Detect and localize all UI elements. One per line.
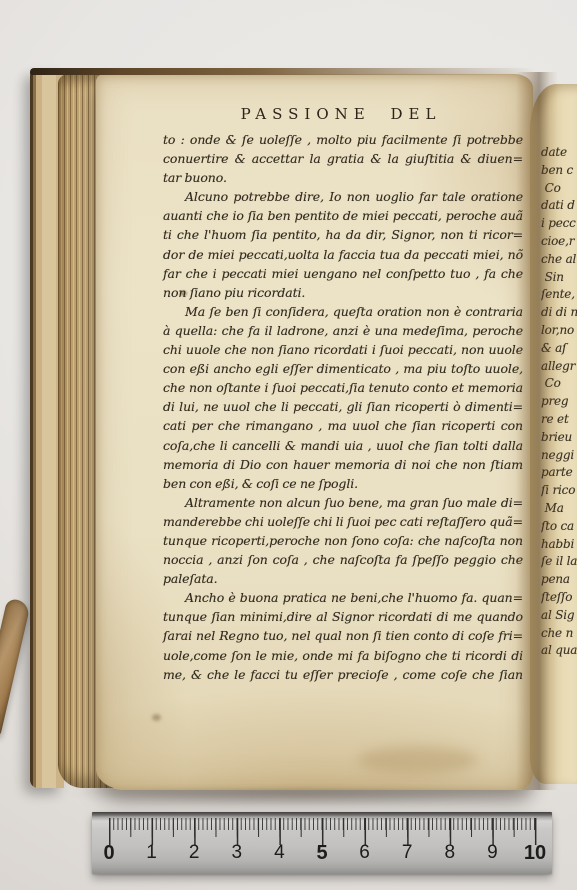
adjacent-text-line: pena — [541, 571, 577, 589]
adjacent-text-line: brieu — [541, 429, 577, 447]
ruler-number: 6 — [359, 842, 370, 864]
adjacent-text-line: ſteſſo — [541, 589, 577, 607]
ruler-number: 7 — [402, 842, 413, 864]
text-line: Alcuno potrebbe dire, Io non uoglio far … — [163, 187, 523, 206]
adjacent-text-line: al Sig — [541, 607, 577, 625]
ruler-number: 1 — [146, 842, 157, 864]
text-line: tar buono. — [163, 168, 523, 187]
ruler-number: 4 — [274, 842, 285, 864]
text-line: con eßi ancho egli eſſer dimenticato , m… — [163, 359, 523, 378]
adjacent-text-line: che n — [541, 625, 577, 643]
page-stain — [152, 714, 161, 721]
ruler-number: 9 — [487, 842, 498, 864]
text-line: me, & che le facci tu eſſer precioſe , c… — [163, 665, 523, 684]
running-header: PASSIONE DEL — [236, 105, 446, 123]
text-line: memoria di Dio con hauer memoria di noi … — [163, 455, 523, 474]
adjacent-text-line: date — [541, 144, 577, 162]
book-top-edge — [30, 68, 535, 75]
text-line: che non oſtante i ſuoi peccati,ſia tenut… — [163, 378, 523, 397]
ruler-number: 0 — [103, 842, 114, 865]
page-text-block: to : onde & ſe uoleſſe , molto piu facil… — [163, 130, 523, 684]
ruler-number: 2 — [189, 842, 200, 864]
adjacent-text-line: dati d — [541, 197, 577, 215]
photo-scene: PASSIONE DEL to : onde & ſe uoleſſe , mo… — [0, 0, 577, 890]
text-line: to : onde & ſe uoleſſe , molto piu facil… — [163, 130, 523, 149]
book: PASSIONE DEL to : onde & ſe uoleſſe , mo… — [30, 68, 577, 792]
adjacent-text-line: ſente, — [541, 286, 577, 304]
ruler-number: 10 — [524, 842, 546, 865]
adjacent-text-line: cioe,r — [541, 233, 577, 251]
adjacent-text-line: che al — [541, 251, 577, 269]
adjacent-text-line: Sin — [541, 269, 577, 287]
text-line: manderebbe chi uoleſſe chi li ſuoi pec c… — [163, 512, 523, 531]
text-line: noccia , anzi ſon coſa , che naſcoſta fa… — [163, 550, 523, 569]
page-stain — [358, 746, 478, 774]
ruler-number: 8 — [445, 842, 456, 864]
text-line: Ma ſe ben ſi conſidera, queſta oration n… — [163, 302, 523, 321]
adjacent-text-line: Co — [541, 375, 577, 393]
text-line: chi uuole che non ſiano ricordati i ſuoi… — [163, 340, 523, 359]
adjacent-page-text: dateben c Codati di pecccioe,rche al Sin… — [541, 144, 577, 660]
text-line: uole,come ſon le mie, onde mi fa biſogno… — [163, 646, 523, 665]
text-line: Altramente non alcun ſuo bene, ma gran ſ… — [163, 493, 523, 512]
adjacent-text-line: & aſ — [541, 340, 577, 358]
text-line: cati per che rimangano , ma uuol che ſia… — [163, 416, 523, 435]
text-line: non ſiano piu ricordati. — [163, 283, 523, 302]
text-line: dor de miei peccati,uolta la faccia tua … — [163, 245, 523, 264]
text-line: ben con eßi, & coſi ce ne ſpogli. — [163, 474, 523, 493]
adjacent-text-line: preg — [541, 393, 577, 411]
text-line: ſarai nel Regno tuo, nel qual non ſi tie… — [163, 626, 523, 645]
ruler: 012345678910 — [92, 812, 552, 874]
book-cast-shadow — [60, 790, 540, 806]
left-page: PASSIONE DEL to : onde & ſe uoleſſe , mo… — [96, 74, 533, 790]
adjacent-text-line: allegr — [541, 358, 577, 376]
text-line: à quella: che fa il ladrone, anzi è una … — [163, 321, 523, 340]
text-line: coſa,che li cancelli & mandi uia , uuol … — [163, 436, 523, 455]
text-line: auanti che io ſia ben pentito de miei pe… — [163, 206, 523, 225]
adjacent-text-line: lor,no — [541, 322, 577, 340]
ruler-number: 3 — [232, 842, 243, 864]
adjacent-text-line: ſe il la — [541, 553, 577, 571]
adjacent-text-line: parte — [541, 464, 577, 482]
ruler-number: 5 — [316, 842, 327, 865]
adjacent-text-line: Co — [541, 180, 577, 198]
adjacent-text-line: ſi rico — [541, 482, 577, 500]
adjacent-text-line: i pecc — [541, 215, 577, 233]
text-line: far che i peccati miei uengano nel conſp… — [163, 264, 523, 283]
adjacent-text-line: re et — [541, 411, 577, 429]
text-line: Ancho è buona pratica ne beni,che l'huom… — [163, 588, 523, 607]
text-line: ti che l'huom ſia pentito, ha da dir, Si… — [163, 225, 523, 244]
ruler-ticks — [109, 818, 537, 845]
text-line: conuertire & accettar la gratia & la giu… — [163, 149, 523, 168]
right-page-edge: dateben c Codati di pecccioe,rche al Sin… — [530, 84, 577, 784]
adjacent-text-line: ben c — [541, 162, 577, 180]
adjacent-text-line: habbi — [541, 536, 577, 554]
adjacent-text-line: di di n — [541, 304, 577, 322]
text-line: paleſata. — [163, 569, 523, 588]
ruler-numbers: 012345678910 — [109, 842, 537, 870]
adjacent-text-line: neggi — [541, 447, 577, 465]
adjacent-text-line: al qua — [541, 642, 577, 660]
text-line: di lui, ne uuol che li peccati, gli ſian… — [163, 397, 523, 416]
adjacent-text-line: Ma — [541, 500, 577, 518]
adjacent-text-line: ſto ca — [541, 518, 577, 536]
text-line: tunque ſian minimi,dire al Signor ricord… — [163, 607, 523, 626]
text-line: tunque ricoperti,peroche non ſono coſa: … — [163, 531, 523, 550]
